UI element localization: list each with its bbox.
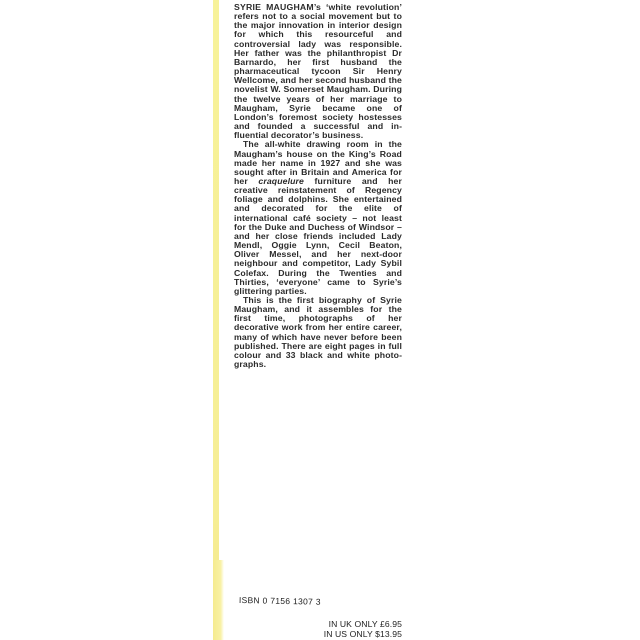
blurb-paragraph-1: SYRIE MAUGHAM’s ‘white revolution’ refer… xyxy=(234,3,402,140)
isbn-number: ISBN 0 7156 1307 3 xyxy=(239,595,321,607)
blurb-paragraph-3: This is the first biography of Syrie Mau… xyxy=(234,296,402,369)
blurb-paragraph-1-text: ’s ‘white revolution’ refers not to a so… xyxy=(234,2,402,140)
blurb-paragraph-2: The all-white drawing room in the Maugha… xyxy=(234,140,402,296)
book-jacket-flap: SYRIE MAUGHAM’s ‘white revolution’ refer… xyxy=(0,0,640,640)
price-us: IN US ONLY $13.95 xyxy=(324,630,402,640)
yellow-edge-strip xyxy=(213,0,219,640)
jacket-blurb: SYRIE MAUGHAM’s ‘white revolution’ refer… xyxy=(234,3,402,369)
blurb-paragraph-2-text-b: furniture and her creative reinstatement… xyxy=(234,176,402,296)
price-block: IN UK ONLY £6.95 IN US ONLY $13.95 xyxy=(324,620,402,639)
yellow-edge-strip-bottom xyxy=(213,560,224,640)
blurb-paragraph-3-text: This is the first biography of Syrie Mau… xyxy=(234,295,402,369)
